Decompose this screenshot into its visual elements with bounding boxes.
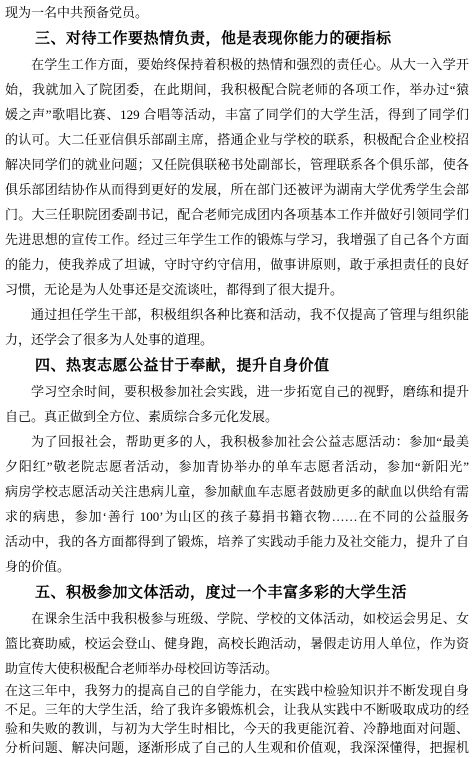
document-page: 现为一名中共预备党员。 三、对待工作要热情负责，他是表现你能力的硬指标 在学生工… <box>0 0 474 757</box>
paragraph-line: 在课余生活中我积极参与班级、学院、学校的文体活动，如校运会男足、女 <box>5 606 469 631</box>
paragraph-line: 活动中，我的各方面都得到了锻炼，培养了实践动手能力及社交能力，提升了自 <box>5 529 469 554</box>
paragraph-line: 夕阳红”敬老院志愿者活动，参加青协举办的单车志愿者活动，参加“新阳光” <box>5 454 469 479</box>
paragraph-line: 求的病患，参加‘善行 100’为山区的孩子募捐书籍衣物……在不同的公益服务 <box>5 504 469 529</box>
paragraph-line: 解决同学们的就业问题；又任院俱联秘书处副部长，管理联系各个俱乐部，使各 <box>5 152 469 177</box>
paragraph-line: 门。大三任职院团委副书记，配合老师完成团内各项基本工作并做好引领同学们 <box>5 202 469 227</box>
paragraph-line: 的认可。大二任亚信俱乐部副主席，搭通企业与学校的联系，积极配合企业校招 <box>5 127 469 152</box>
paragraph-line: 自己。真正做到全方位、素质综合多元化发展。 <box>5 404 469 429</box>
paragraph-line: 始，我就加入了院团委，在此期间，我积极配合院老师的各项工作，举办过“猿 <box>5 77 469 102</box>
paragraph-line: 在这三年中，我努力的提高自己的自学能力，在实践中检验知识并不断发现自身 <box>5 681 469 700</box>
section-heading-3: 三、对待工作要热情负责，他是表现你能力的硬指标 <box>5 26 469 51</box>
paragraph-line: 分析问题、解决问题，逐渐形成了自己的人生观和价值观，我深深懂得，把握机 <box>5 738 469 757</box>
paragraph-line: 现为一名中共预备党员。 <box>5 0 469 25</box>
paragraph-line: 学习空余时间，要积极参加社会实践，进一步拓宽自己的视野，磨练和提升 <box>5 379 469 404</box>
section-heading-5: 五、积极参加文体活动，度过一个丰富多彩的大学生活 <box>5 580 469 605</box>
paragraph-line: 力，还学会了很多为人处事的道理。 <box>5 327 469 352</box>
paragraph-line: 的能力，使我养成了坦诚，守时守约守信用，做事讲原则，敢于承担责任的良好 <box>5 252 469 277</box>
paragraph-line: 先进思想的宣传工作。经过三年学生工作的锻炼与学习，我增强了自己各个方面 <box>5 227 469 252</box>
paragraph-line: 助宣传大使积极配合老师举办母校回访等活动。 <box>5 656 469 681</box>
paragraph-line: 媛之声”歌唱比赛、129 合唱等活动，丰富了同学们的大学生活，得到了同学们 <box>5 102 469 127</box>
paragraph-line: 为了回报社会，帮助更多的人，我积极参加社会公益志愿活动：参加“最美 <box>5 429 469 454</box>
paragraph-line: 不足。三年的大学生活，给了我许多锻炼机会，让我从实践中不断吸取成功的经 <box>5 700 469 719</box>
section-heading-4: 四、热衷志愿公益甘于奉献，提升自身价值 <box>5 353 469 378</box>
paragraph-line: 身的价值。 <box>5 554 469 579</box>
paragraph-line: 通过担任学生干部，积极组织各种比赛和活动，我不仅提高了管理与组织能 <box>5 302 469 327</box>
paragraph-line: 在学生工作方面，要始终保持着积极的热情和强烈的责任心。从大一入学开 <box>5 52 469 77</box>
paragraph-line: 病房学校志愿活动关注患病儿童，参加献血车志愿者鼓励更多的献血以供给有需 <box>5 479 469 504</box>
paragraph-line: 验和失败的教训，与初为大学生时相比，今天的我更能沉着、冷静地面对问题、 <box>5 719 469 738</box>
paragraph-line: 俱乐部团结协作从而得到更好的发展，所在部门还被评为湖南大学优秀学生会部 <box>5 177 469 202</box>
paragraph-line: 习惯，无论是为人处事还是交流谈吐，都得到了很大提升。 <box>5 277 469 302</box>
paragraph-line: 篮比赛助威，校运会登山、健身跑，高校长跑活动，暑假走访用人单位，作为资 <box>5 631 469 656</box>
